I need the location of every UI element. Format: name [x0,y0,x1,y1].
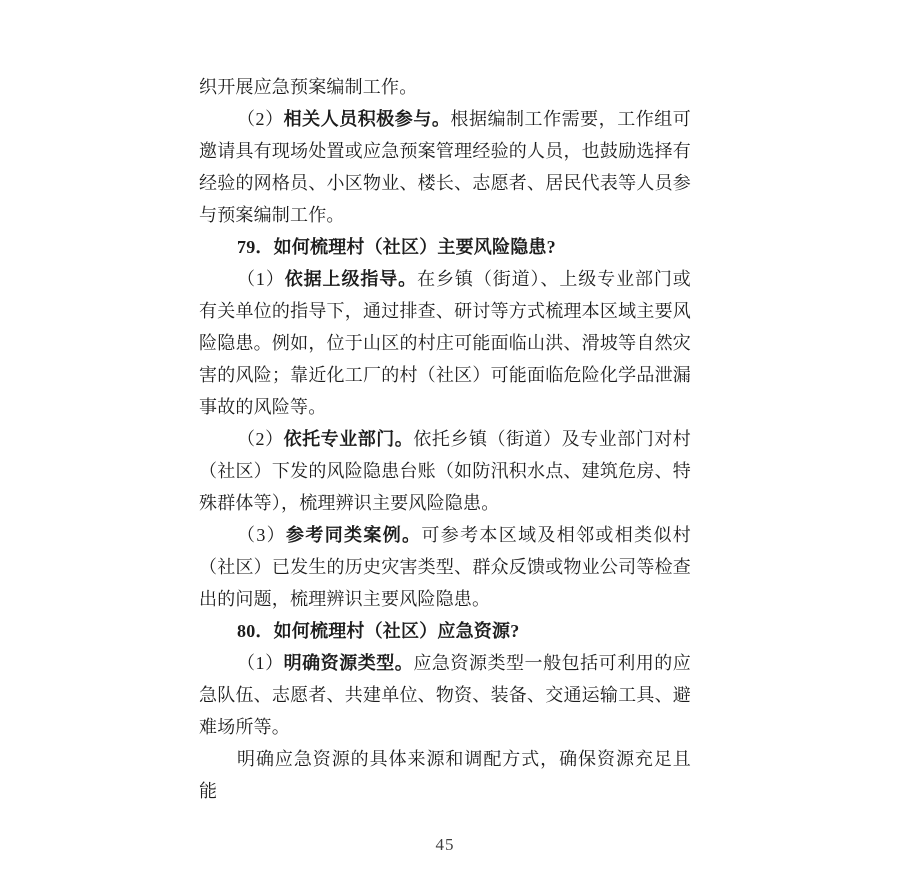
body-text: （2） [237,429,284,449]
bold-lead-text: 参考同类案例。 [286,525,421,545]
paragraph: 明确应急资源的具体来源和调配方式，确保资源充足且能 [199,743,691,807]
body-text: 织开展应急预案编制工作。 [199,77,417,97]
page-number: 45 [199,835,691,855]
bold-lead-text: 80．如何梳理村（社区）应急资源? [237,621,519,641]
question-heading: 80．如何梳理村（社区）应急资源? [199,615,691,647]
paragraph: （1）依据上级指导。在乡镇（街道）、上级专业部门或有关单位的指导下，通过排查、研… [199,263,691,423]
paragraph: （1）明确资源类型。应急资源类型一般包括可利用的应急队伍、志愿者、共建单位、物资… [199,647,691,743]
body-text: 明确应急资源的具体来源和调配方式，确保资源充足且能 [199,749,691,801]
bold-lead-text: 相关人员积极参与。 [284,109,451,129]
question-heading: 79．如何梳理村（社区）主要风险隐患? [199,231,691,263]
bold-lead-text: 依据上级指导。 [285,269,417,289]
document-page: 织开展应急预案编制工作。（2）相关人员积极参与。根据编制工作需要，工作组可邀请具… [0,0,900,876]
page-content: 织开展应急预案编制工作。（2）相关人员积极参与。根据编制工作需要，工作组可邀请具… [199,71,691,807]
paragraph: （2）依托专业部门。依托乡镇（街道）及专业部门对村（社区）下发的风险隐患台账（如… [199,423,691,519]
body-text: 在乡镇（街道）、上级专业部门或有关单位的指导下，通过排查、研讨等方式梳理本区域主… [199,269,691,417]
paragraph: （2）相关人员积极参与。根据编制工作需要，工作组可邀请具有现场处置或应急预案管理… [199,103,691,231]
paragraph: （3）参考同类案例。可参考本区域及相邻或相类似村（社区）已发生的历史灾害类型、群… [199,519,691,615]
bold-lead-text: 79．如何梳理村（社区）主要风险隐患? [237,237,556,257]
body-text: （3） [237,525,286,545]
paragraph: 织开展应急预案编制工作。 [199,71,691,103]
body-text: （1） [237,653,284,673]
body-text: （1） [237,269,285,289]
body-text: （2） [237,109,284,129]
bold-lead-text: 依托专业部门。 [284,429,414,449]
bold-lead-text: 明确资源类型。 [284,653,414,673]
